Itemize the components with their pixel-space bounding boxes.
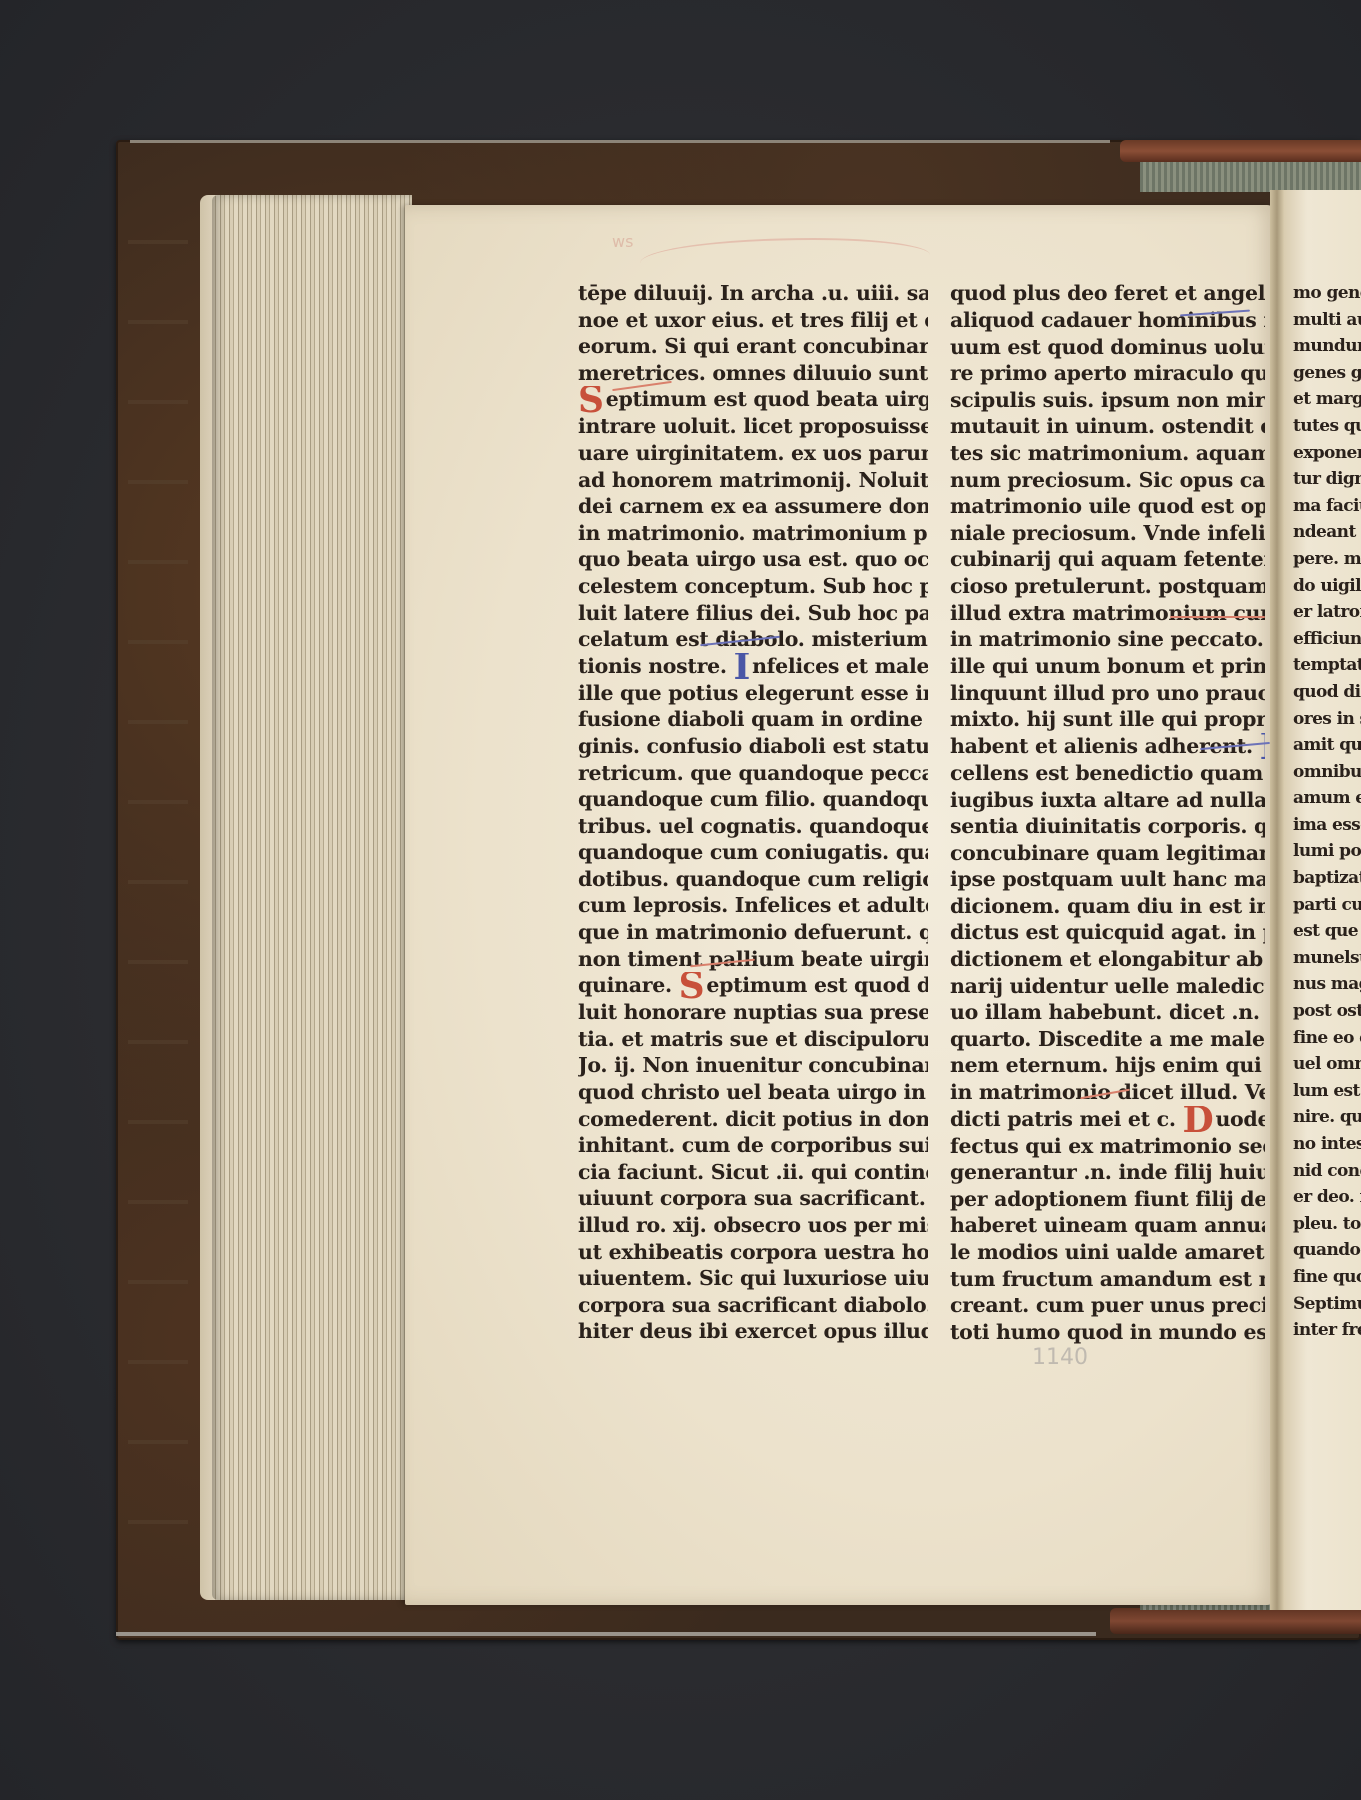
text-line: toti humo quod in mundo est. ex matrimo [950,1319,1265,1346]
text-line: fine eo e [1293,1025,1361,1052]
binding-bottom-edge [116,1632,1096,1636]
text-line: tutes que [1293,413,1361,440]
text-line: haberet uineam quam annuatim ferret uil [950,1212,1265,1239]
text-line: ima esse. [1293,812,1361,839]
text-line-content: nfelices et maledicte sunt [752,654,928,678]
text-line: parti cui pla [1293,892,1361,919]
text-line: que in matrimonio defuerunt. que [578,919,928,946]
text-line: pere. meret [1293,546,1361,573]
text-line: niale preciosum. Vnde infelices sunt con [950,520,1265,547]
text-line: num preciosum. Sic opus carnale absque [950,467,1265,494]
text-line: dicionem. quam diu in est in peccato. ma… [950,893,1265,920]
text-line: luit honorare nuptias sua presen [578,999,928,1026]
text-line: fusione diaboli quam in ordine beate uir [578,706,928,733]
text-line: noe et uxor eius. et tres filij et et ux… [578,307,928,334]
blue-initial: B [1260,734,1265,760]
text-line: Jo. ij. Non inuenitur concubinarij [578,1052,928,1079]
text-line: ginis. confusio diaboli est status me [578,733,928,760]
text-line: quandoque cum filio. quandoque cum duobu… [578,786,928,813]
text-line-content: in matrimonio sine peccato. [950,627,1265,651]
text-line: amit quod eos [1293,732,1361,759]
text-line: tur digne [1293,466,1361,493]
text-line: tes sic matrimonium. aquam. uilis est ui [950,440,1265,467]
text-line: dei carnem ex ea assumere donec fuit [578,493,928,520]
blue-initial: I [734,654,751,680]
text-line: nire. que [1293,1104,1361,1131]
text-line: pleu. tota [1293,1211,1361,1238]
text-line: comederent. dicit potius in domibus eoru… [578,1106,928,1133]
gutter-fold [1270,190,1284,1610]
text-line: quandoque ad [1293,1237,1361,1264]
text-line: quandoque cum coniugatis. quandoque cum … [578,839,928,866]
text-line: amum est [1293,785,1361,812]
text-line: ma faciunt [1293,493,1361,520]
text-line: Septimum [1293,1291,1361,1318]
text-line: hiter deus ibi exercet opus illud [578,1318,928,1345]
text-line: efficiunt [1293,626,1361,653]
text-line: baptizati [1293,865,1361,892]
text-line-with-initial: quinare. Septimum est quod dominus uo [578,972,928,999]
text-line: tēpe diluuij. In archa .u. uiii. saluati… [578,280,928,307]
text-line: ndeant se [1293,519,1361,546]
support-rod-top [1120,140,1361,162]
text-column-right: quod plus deo feret et angelis eius. qua… [950,280,1265,1345]
text-line: mixto. hij sunt ille qui proprias uxores [950,706,1265,733]
text-line: ut exhibeatis corpora uestra hostiam [578,1239,928,1266]
text-line-with-initial: dicti patris mei et c. Duodecimum est pr… [950,1106,1265,1133]
top-margin-mark: ws [612,232,633,251]
text-line-content: uodecimum est pro [1215,1107,1265,1131]
text-line: ipse postquam uult hanc maledictionem qu… [950,866,1265,893]
rubricated-initial: S [679,973,705,999]
text-line: quod christo uel beata uirgo in domibus … [578,1079,928,1106]
text-line: er deo. fa [1293,1184,1361,1211]
text-line: linquunt illud pro uno prauo et. felle [950,680,1265,707]
text-line: uel omnino [1293,1051,1361,1078]
text-line: cubinarij qui aquam fetentem uino pre [950,546,1265,573]
text-line: sentia diuinitatis corporis. qui postqua… [950,813,1265,840]
text-line: concubinare quam legitimam maritus. [950,840,1265,867]
rubricated-initial: D [1183,1107,1214,1133]
text-line: celestem conceptum. Sub hoc pallio uo [578,573,928,600]
text-line: dictionem et elongabitur ab eo. concubi [950,946,1265,973]
text-line: er latrones [1293,599,1361,626]
text-line: no intestu [1293,1131,1361,1158]
text-line: narij uidentur uelle maledictionem et in [950,973,1265,1000]
text-line: quo beata uirgo usa est. quo occultauit [578,546,928,573]
text-line: fine quod ob [1293,1264,1361,1291]
red-initial-flourish [1170,616,1265,618]
text-line: uum est quod dominus uoluit nuptias hono… [950,334,1265,361]
text-line: multi autem [1293,307,1361,334]
text-line: uiuunt corpora sua sacrificant. Iuxta [578,1185,928,1212]
text-line: dotibus. quandoque cum religiosis. quand… [578,866,928,893]
text-line-with-initial: Septimum est quod beata uirgo hunc ordin… [578,386,928,413]
text-line: cellens est benedictio quam ecclesia fac… [950,760,1265,787]
text-line: retricum. que quandoque peccant cum patr… [578,760,928,787]
text-line: scipulis suis. ipsum non miraculum quod … [950,387,1265,414]
text-line-content: eptimum est quod beata uirgo hunc ordine… [606,387,928,411]
text-line-with-initial: tionis nostre. Infelices et maledicte su… [578,653,928,680]
text-line: quod dicent [1293,679,1361,706]
text-line: ad honorem matrimonij. Noluit filius [578,467,928,494]
text-line: post ostendit [1293,998,1361,1025]
text-line: cum leprosis. Infelices et adultere sunt [578,892,928,919]
rubricated-initial: S [578,387,604,413]
headband-top [1140,162,1361,192]
text-line-content: eptimum est quod dominus uo [706,973,928,997]
text-line: fectus qui ex matrimonio sequitur. [950,1133,1265,1160]
text-line: nid concedi [1293,1158,1361,1185]
pencil-folio-number: 1140 [1032,1345,1088,1370]
text-line-content: quinare. [578,973,679,997]
text-line: tum fructum amandum est matrimonium. und… [950,1266,1265,1293]
text-column-facing-fragment: mo generantur multi autem mundum est. ge… [1293,280,1361,1344]
text-line: re primo aperto miraculo quod fecit cora… [950,360,1265,387]
text-line: uiuentem. Sic qui luxuriose uiuunt [578,1265,928,1292]
text-line: est que ad [1293,918,1361,945]
text-line: iugibus iuxta altare ad nullam in per [950,787,1265,814]
text-line: et margarit [1293,386,1361,413]
text-line: temptatio [1293,652,1361,679]
text-line: intrare uoluit. licet proposuisset ser [578,413,928,440]
text-line: creant. cum puer unus preciosior [950,1292,1265,1319]
text-line-content: dicti patris mei et c. [950,1107,1183,1131]
text-line: mundum est. [1293,333,1361,360]
text-line: do uigilan [1293,573,1361,600]
text-line: ille que potius elegerunt esse in con [578,680,928,707]
text-line: nem eternum. hijs enim qui bene se haben… [950,1052,1265,1079]
text-line: quarto. Discedite a me maledicti in ig [950,1026,1265,1053]
text-line: genes generan [1293,360,1361,387]
text-line: uo illam habebunt. dicet .n. illud eis. [950,999,1265,1026]
text-line: eorum. Si qui erant concubinarij. sique [578,333,928,360]
text-line: exponendo [1293,440,1361,467]
text-line: le modios uini ualde amaret eam quam [950,1239,1265,1266]
text-line: mutauit in uinum. ostendit enim quam [950,413,1265,440]
text-line: cia faciunt. Sicut .ii. qui continent [578,1159,928,1186]
text-line: corpora sua sacrificant diabolo. quo [578,1292,928,1319]
text-line: ille qui unum bonum et primum habet. re [950,653,1265,680]
text-column-left: tēpe diluuij. In archa .u. uiii. saluati… [578,280,928,1345]
text-line: omnibus eius [1293,759,1361,786]
text-line-with-initial: aliquod cadauer hominibus feteat. Octa [950,307,1265,334]
blind-tooling-border [128,200,188,1600]
text-line: tia. et matris sue et discipulorum suoru… [578,1026,928,1053]
text-line: matrimonio uile quod est opus in matrimo [950,493,1265,520]
text-line-with-initial: in matrimonio sine peccato. Infelices es… [950,626,1265,653]
page-stack-fore-edge [212,195,412,1600]
text-line: nus magna [1293,971,1361,998]
binding-top-edge [130,140,1110,143]
text-line-content: tionis nostre. [578,654,734,678]
text-line: quod plus deo feret et angelis eius. qua… [950,280,1265,307]
text-line: inter fres [1293,1317,1361,1344]
text-line: inhitant. cum de corporibus suis sacrifi [578,1132,928,1159]
text-line: lumi ponere [1293,838,1361,865]
text-line: lum est con [1293,1078,1361,1105]
text-line: dictus est quicquid agat. in peccato. No… [950,919,1265,946]
text-line: in matrimonio. matrimonium pallium est [578,520,928,547]
text-line: mo generantur [1293,280,1361,307]
text-line: generantur .n. inde filij huius seculi. … [950,1159,1265,1186]
text-line: uare uirginitatem. ex uos parum facto [578,440,928,467]
text-line: per adoptionem fiunt filij dei. Si quis [950,1186,1265,1213]
text-line: munelsum [1293,945,1361,972]
text-line: cioso pretulerunt. postquam uolentes exe… [950,573,1265,600]
text-line: illud ro. xij. obsecro uos per misericor… [578,1212,928,1239]
text-line: tribus. uel cognatis. quandoque cum solu… [578,813,928,840]
support-rod-bottom [1110,1608,1361,1634]
text-line: luit latere filius dei. Sub hoc pallio [578,600,928,627]
text-line: meretrices. omnes diluuio sunt submersi. [578,360,928,387]
text-line: illud extra matrimonium cum peccato. qua… [950,600,1265,627]
text-line: ores in sun [1293,706,1361,733]
